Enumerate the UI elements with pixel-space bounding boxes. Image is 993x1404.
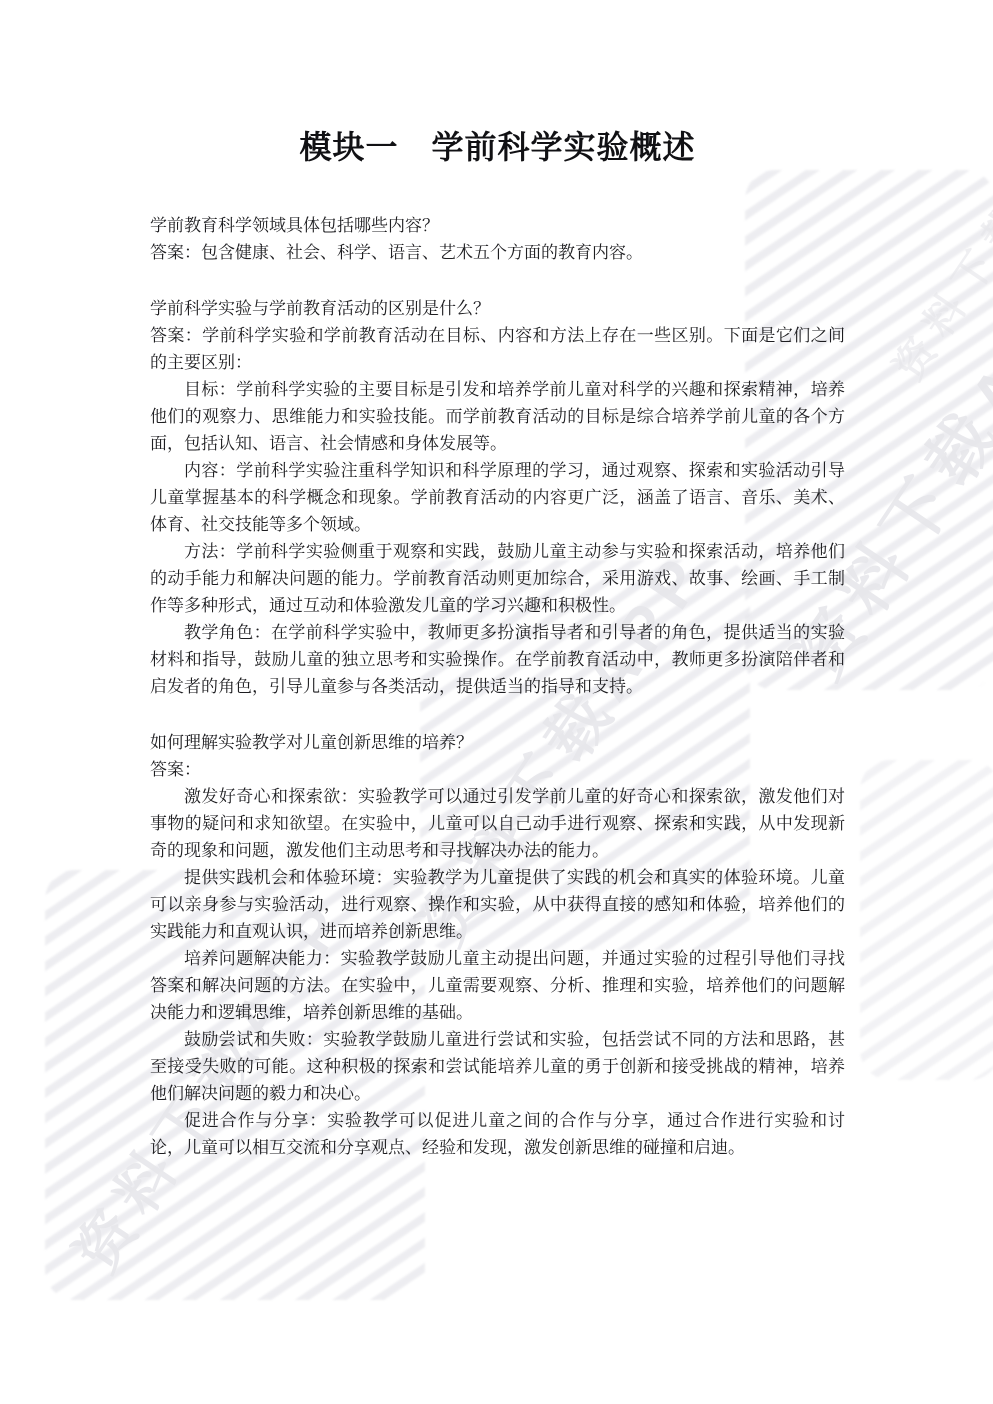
qa-block: 学前教育科学领域具体包括哪些内容？ 答案：包含健康、社会、科学、语言、艺术五个方…	[150, 212, 845, 266]
qa-block: 如何理解实验教学对儿童创新思维的培养？ 答案： 激发好奇心和探索欲：实验教学可以…	[150, 729, 845, 1161]
answer-paragraph: 激发好奇心和探索欲：实验教学可以通过引发学前儿童的好奇心和探索欲，激发他们对事物…	[150, 783, 845, 864]
watermark-streak	[860, 760, 993, 1080]
question-text: 学前科学实验与学前教育活动的区别是什么？	[150, 295, 845, 322]
qa-block: 学前科学实验与学前教育活动的区别是什么？ 答案：学前科学实验和学前教育活动在目标…	[150, 295, 845, 700]
answer-paragraph: 鼓励尝试和失败：实验教学鼓励儿童进行尝试和实验，包括尝试不同的方法和思路，甚至接…	[150, 1026, 845, 1107]
answer-paragraph: 目标：学前科学实验的主要目标是引发和培养学前儿童对科学的兴趣和探索精神，培养他们…	[150, 376, 845, 457]
document-page: 资料下载APP 资料下载APP 资料下载APP 资料下载APP 模块一 学前科学…	[0, 0, 993, 1404]
answer-paragraph: 答案：	[150, 756, 845, 783]
answer-paragraph: 教学角色：在学前科学实验中，教师更多扮演指导者和引导者的角色，提供适当的实验材料…	[150, 619, 845, 700]
answer-paragraph: 培养问题解决能力：实验教学鼓励儿童主动提出问题，并通过实验的过程引导他们寻找答案…	[150, 945, 845, 1026]
answer-paragraph: 答案：学前科学实验和学前教育活动在目标、内容和方法上存在一些区别。下面是它们之间…	[150, 322, 845, 376]
answer-paragraph: 内容：学前科学实验注重科学知识和科学原理的学习，通过观察、探索和实验活动引导儿童…	[150, 457, 845, 538]
answer-paragraph: 促进合作与分享：实验教学可以促进儿童之间的合作与分享，通过合作进行实验和讨论，儿…	[150, 1107, 845, 1161]
watermark-text: 资料下载APP	[878, 87, 993, 389]
answer-paragraph: 提供实践机会和体验环境：实验教学为儿童提供了实践的机会和真实的体验环境。儿童可以…	[150, 864, 845, 945]
question-text: 学前教育科学领域具体包括哪些内容？	[150, 212, 845, 239]
page-title: 模块一 学前科学实验概述	[150, 122, 845, 168]
answer-paragraph: 答案：包含健康、社会、科学、语言、艺术五个方面的教育内容。	[150, 239, 845, 266]
document-content: 模块一 学前科学实验概述 学前教育科学领域具体包括哪些内容？ 答案：包含健康、社…	[150, 0, 845, 1161]
question-text: 如何理解实验教学对儿童创新思维的培养？	[150, 729, 845, 756]
answer-paragraph: 方法：学前科学实验侧重于观察和实践，鼓励儿童主动参与实验和探索活动，培养他们的动…	[150, 538, 845, 619]
